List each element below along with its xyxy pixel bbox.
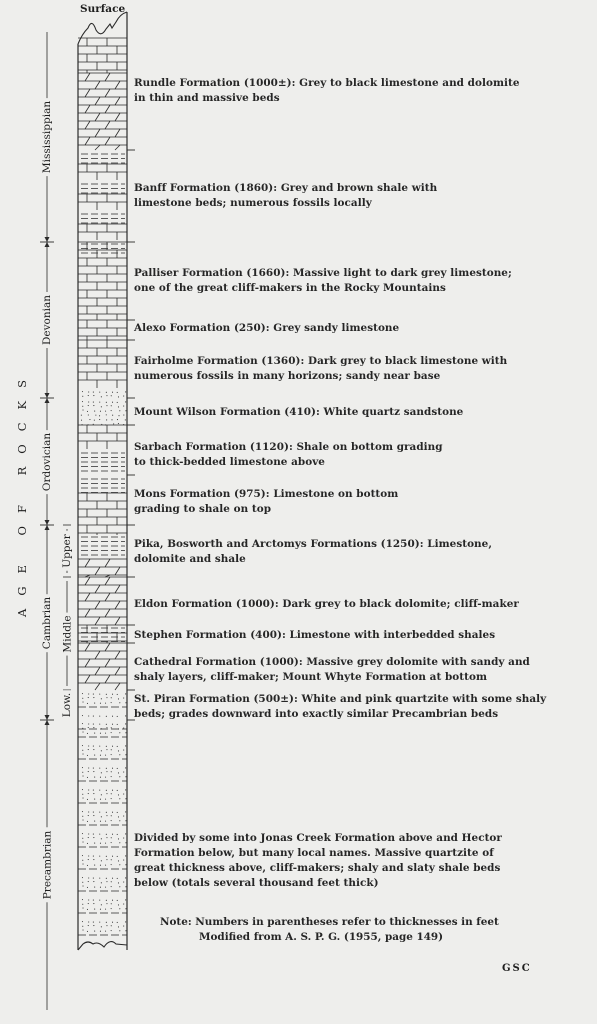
- cambrian-subdivision-upper: Upper: [61, 531, 73, 571]
- description-line: Palliser Formation (1660): Massive light…: [134, 266, 512, 281]
- period-label-mississippian: Mississippian: [41, 98, 53, 176]
- description-line: shaly layers, cliff-maker; Mount Whyte F…: [134, 670, 530, 685]
- formation-description-st-piran-formation: St. Piran Formation (500±): White and pi…: [134, 692, 546, 722]
- formation-description-mount-wilson-formation: Mount Wilson Formation (410): White quar…: [134, 405, 463, 420]
- formation-description-alexo-formation: Alexo Formation (250): Grey sandy limest…: [134, 321, 399, 336]
- formation-description-sarbach-formation: Sarbach Formation (1120): Shale on botto…: [134, 440, 443, 470]
- description-line: Banff Formation (1860): Grey and brown s…: [134, 181, 437, 196]
- description-line: Mount Wilson Formation (410): White quar…: [134, 405, 463, 420]
- formation-description-mons-formation: Mons Formation (975): Limestone on botto…: [134, 487, 398, 517]
- credit-gsc: GSC: [502, 963, 532, 974]
- description-line: to thick-bedded limestone above: [134, 455, 443, 470]
- description-line: Eldon Formation (1000): Dark grey to bla…: [134, 597, 519, 612]
- description-line: Cathedral Formation (1000): Massive grey…: [134, 655, 530, 670]
- description-line: great thickness above, cliff-makers; sha…: [134, 861, 502, 876]
- description-line: Formation below, but many local names. M…: [134, 846, 502, 861]
- description-line: grading to shale on top: [134, 502, 398, 517]
- description-line: Sarbach Formation (1120): Shale on botto…: [134, 440, 443, 455]
- formation-description-banff-formation: Banff Formation (1860): Grey and brown s…: [134, 181, 437, 211]
- description-line: Fairholme Formation (1360): Dark grey to…: [134, 354, 507, 369]
- description-line: in thin and massive beds: [134, 91, 520, 106]
- formation-description-fairholme-formation: Fairholme Formation (1360): Dark grey to…: [134, 354, 507, 384]
- description-line: Alexo Formation (250): Grey sandy limest…: [134, 321, 399, 336]
- age-of-rocks-title: AGE OF ROCKS: [15, 367, 29, 617]
- description-line: one of the great cliff-makers in the Roc…: [134, 281, 512, 296]
- description-line: Pika, Bosworth and Arctomys Formations (…: [134, 537, 492, 552]
- note-line-1: Note: Numbers in parentheses refer to th…: [160, 916, 499, 928]
- note-line-2: Modified from A. S. P. G. (1955, page 14…: [160, 930, 499, 945]
- period-label-devonian: Devonian: [41, 292, 53, 348]
- cambrian-subdivision-middle: Middle: [61, 612, 73, 655]
- formation-description-palliser-formation: Palliser Formation (1660): Massive light…: [134, 266, 512, 296]
- surface-label: Surface: [80, 3, 125, 15]
- description-line: beds; grades downward into exactly simil…: [134, 707, 546, 722]
- description-line: Stephen Formation (400): Limestone with …: [134, 628, 495, 643]
- formation-description-cathedral-formation: Cathedral Formation (1000): Massive grey…: [134, 655, 530, 685]
- description-line: Mons Formation (975): Limestone on botto…: [134, 487, 398, 502]
- cambrian-subdivision-low: Low.: [61, 690, 73, 720]
- description-line: Divided by some into Jonas Creek Formati…: [134, 831, 502, 846]
- period-label-precambrian: Precambrian: [41, 828, 53, 903]
- formation-description-eldon-formation: Eldon Formation (1000): Dark grey to bla…: [134, 597, 519, 612]
- description-line: St. Piran Formation (500±): White and pi…: [134, 692, 546, 707]
- formation-description-stephen-formation: Stephen Formation (400): Limestone with …: [134, 628, 495, 643]
- formation-description-precambrian: Divided by some into Jonas Creek Formati…: [134, 831, 502, 891]
- period-label-ordovician: Ordovician: [41, 429, 53, 493]
- description-line: limestone beds; numerous fossils locally: [134, 196, 437, 211]
- description-line: numerous fossils in many horizons; sandy…: [134, 369, 507, 384]
- description-line: dolomite and shale: [134, 552, 492, 567]
- formation-description-rundle-formation: Rundle Formation (1000±): Grey to black …: [134, 76, 520, 106]
- note: Note: Numbers in parentheses refer to th…: [160, 915, 499, 945]
- stratigraphic-diagram: Surface Rundle Formation (1000±): Grey t…: [0, 0, 597, 1024]
- formation-description-pika-bosworth-and-arctomys-formations: Pika, Bosworth and Arctomys Formations (…: [134, 537, 492, 567]
- description-line: below (totals several thousand feet thic…: [134, 876, 502, 891]
- period-label-cambrian: Cambrian: [41, 593, 53, 651]
- description-line: Rundle Formation (1000±): Grey to black …: [134, 76, 520, 91]
